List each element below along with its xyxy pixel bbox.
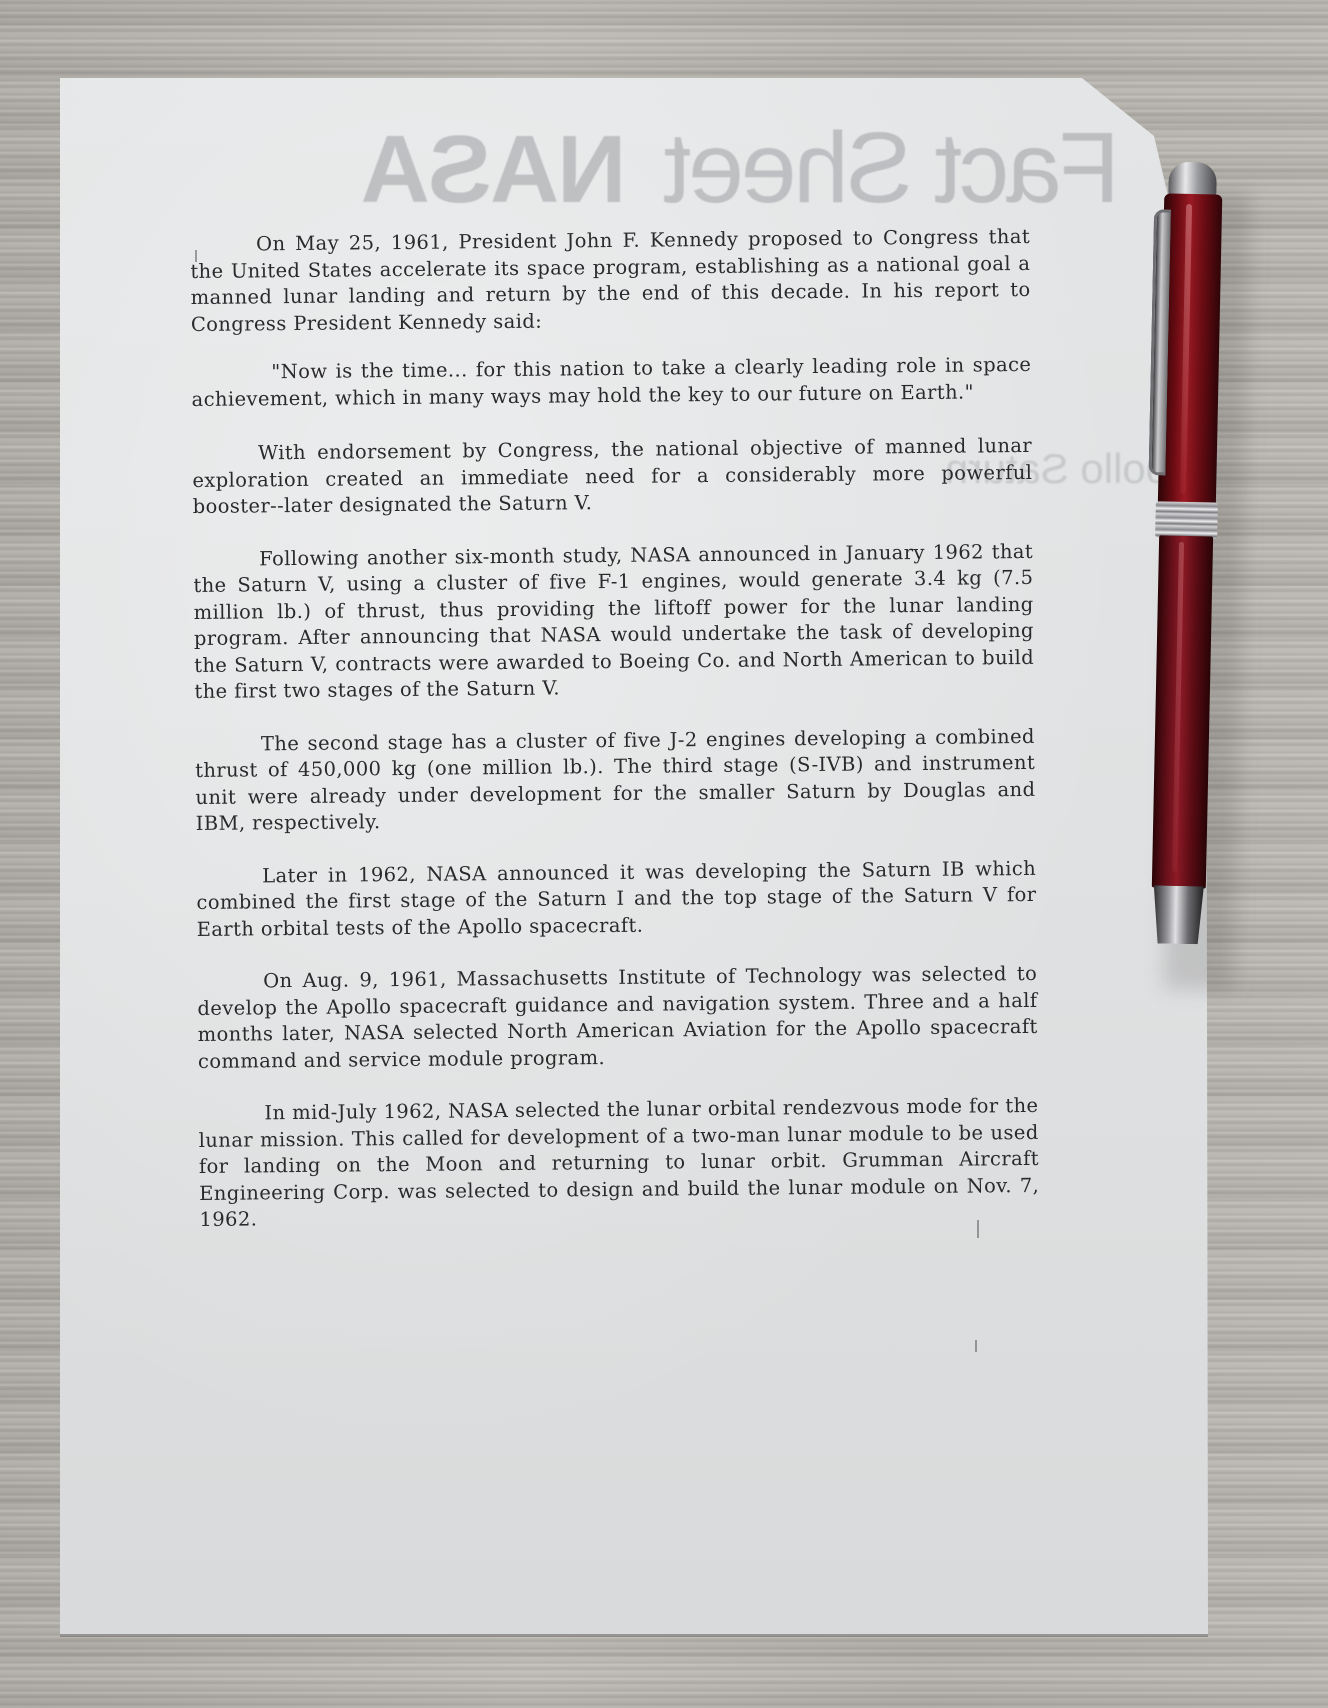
paragraph-kennedy-quote: "Now is the time... for this nation to t… <box>191 352 1031 413</box>
paragraph-lunar-module: In mid-July 1962, NASA selected the luna… <box>198 1093 1039 1234</box>
document-body: On May 25, 1961, President John F. Kenne… <box>190 224 1040 1260</box>
pen-center-band <box>1155 501 1218 538</box>
pen-cap-finial <box>1168 162 1217 197</box>
paragraph-saturn-ib: Later in 1962, NASA announced it was dev… <box>196 855 1037 943</box>
page-bottom-edge <box>60 1634 1208 1637</box>
paragraph-saturn-v-study: Following another six-month study, NASA … <box>193 538 1034 705</box>
pen-barrel <box>1152 535 1213 888</box>
paragraph-mit-guidance: On Aug. 9, 1961, Massachusetts Institute… <box>197 961 1038 1075</box>
paper-speck <box>975 1340 977 1352</box>
paragraph-kennedy-proposal: On May 25, 1961, President John F. Kenne… <box>190 224 1031 338</box>
pen-end-cap <box>1153 885 1204 944</box>
paragraph-congress-endorsement: With endorsement by Congress, the nation… <box>192 433 1033 521</box>
paragraph-second-stage: The second stage has a cluster of five J… <box>195 723 1036 837</box>
